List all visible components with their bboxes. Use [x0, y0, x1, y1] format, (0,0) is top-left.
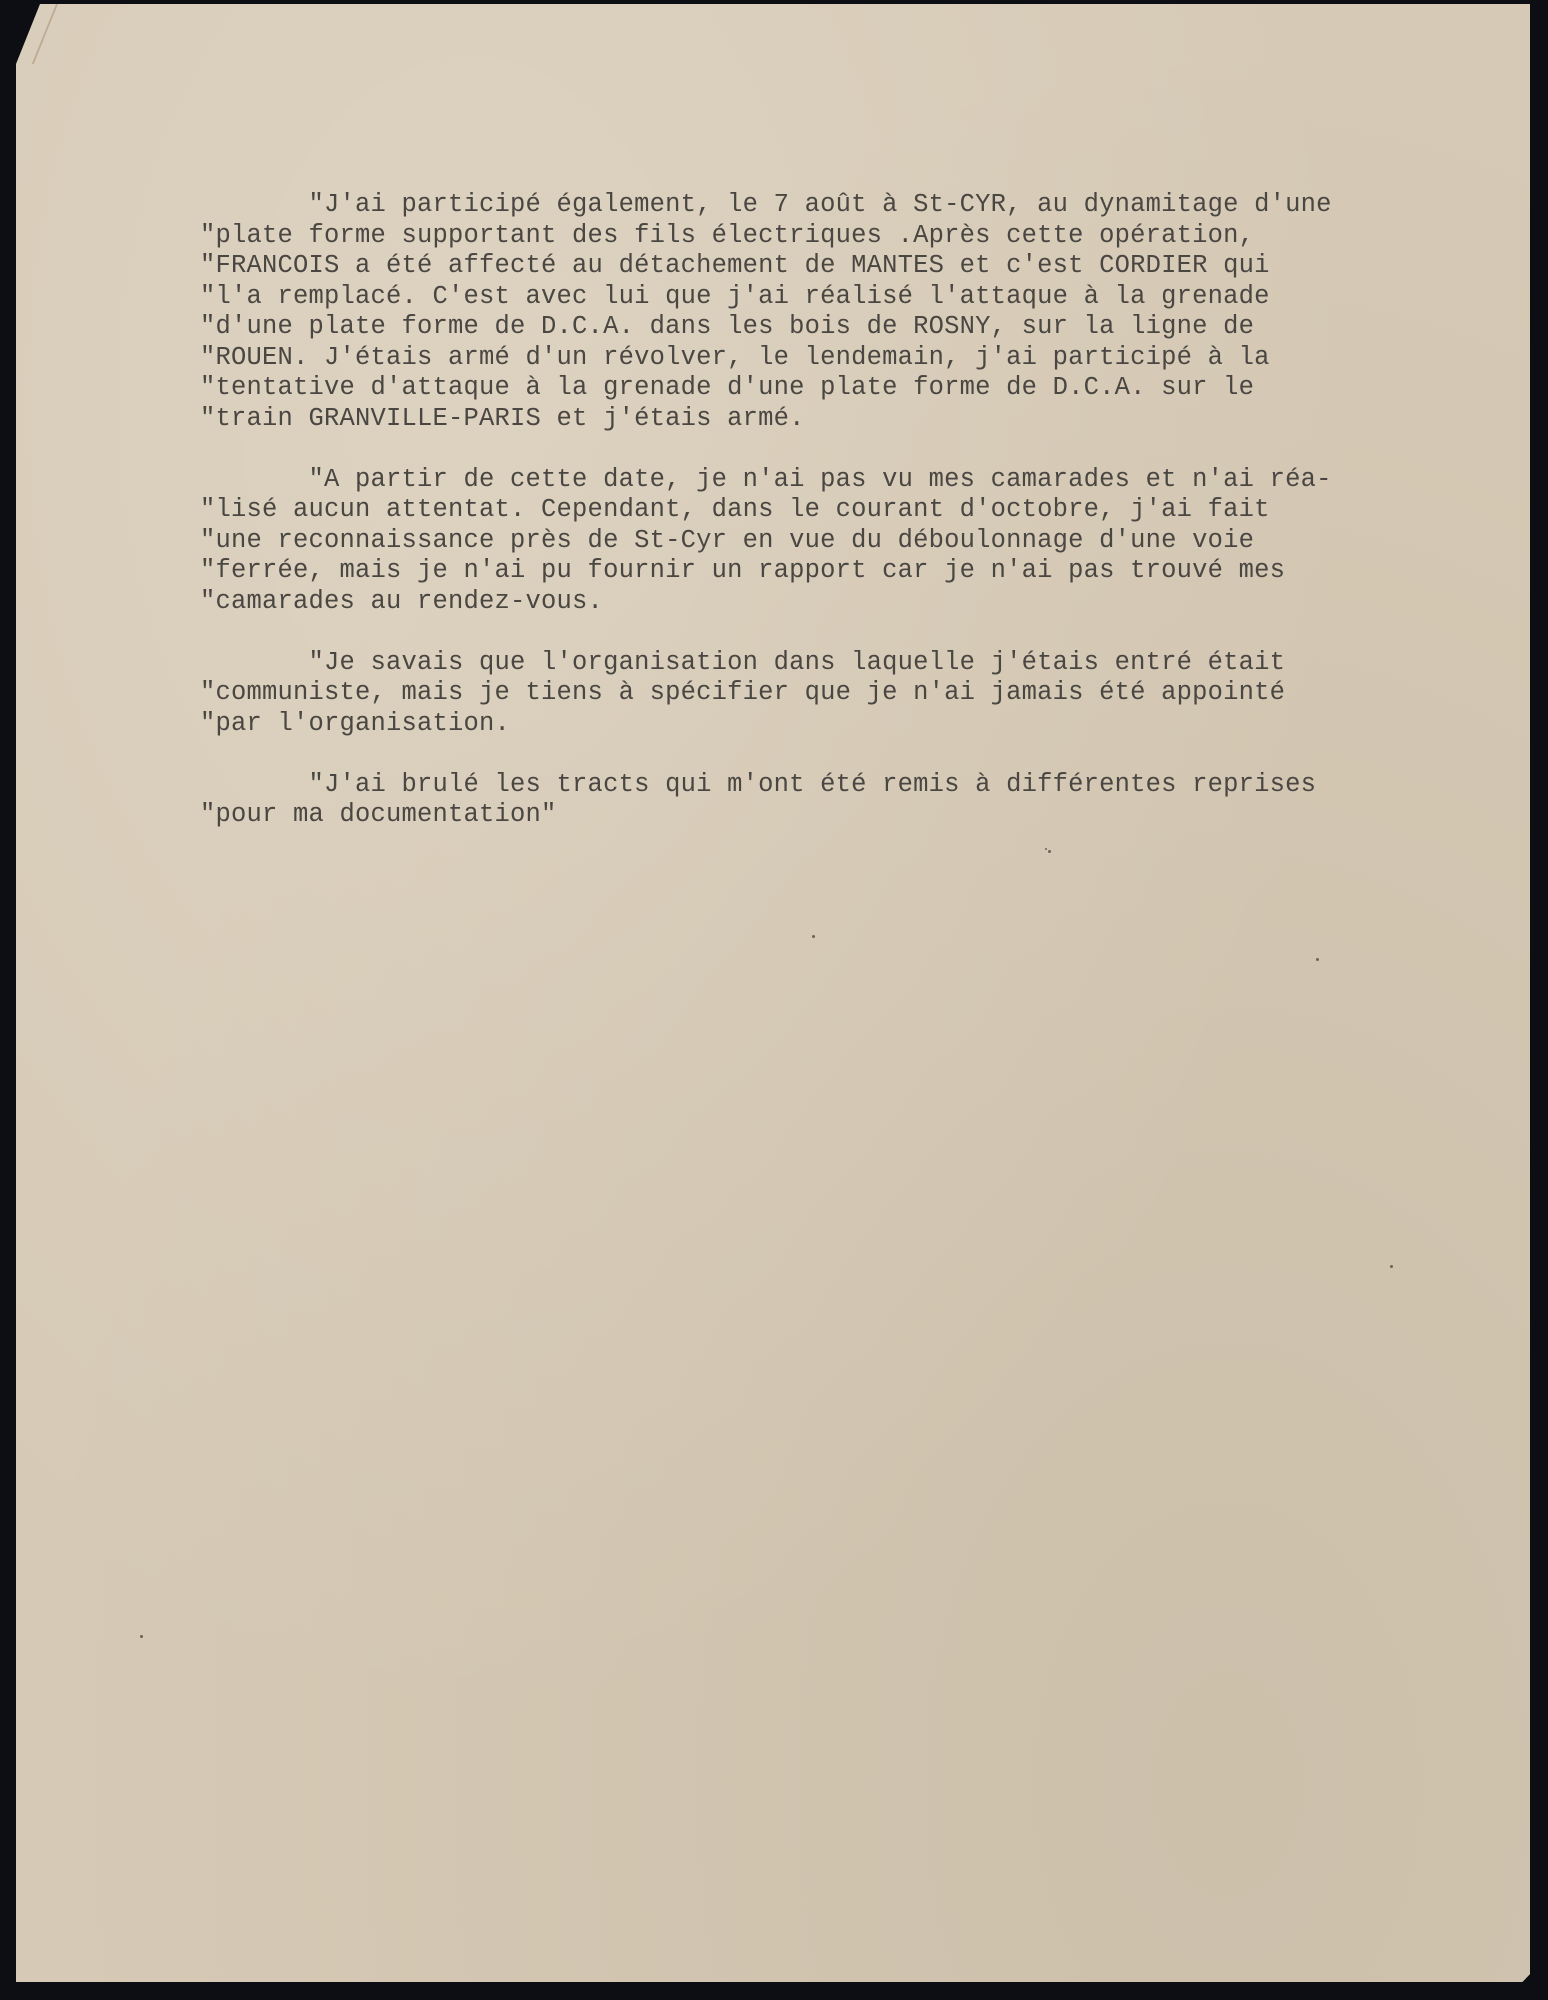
text-line: "plate forme supportant des fils électri… [200, 221, 1500, 252]
text-line: "une reconnaissance près de St-Cyr en vu… [200, 526, 1500, 557]
text-line: "Je savais que l'organisation dans laque… [200, 648, 1500, 679]
paper-speck [1316, 958, 1319, 961]
text-line: "tentative d'attaque à la grenade d'une … [200, 373, 1500, 404]
text-line: "train GRANVILLE-PARIS et j'étais armé. [200, 404, 1500, 435]
paragraph-3: "Je savais que l'organisation dans laque… [200, 648, 1500, 740]
paper-speck [1048, 850, 1051, 853]
text-line: "ferrée, mais je n'ai pu fournir un rapp… [200, 556, 1500, 587]
text-line: "d'une plate forme de D.C.A. dans les bo… [200, 312, 1500, 343]
text-line: "par l'organisation. [200, 709, 1500, 740]
text-line: "J'ai brulé les tracts qui m'ont été rem… [200, 770, 1500, 801]
paragraph-4: "J'ai brulé les tracts qui m'ont été rem… [200, 770, 1500, 831]
paper-speck [140, 1635, 143, 1638]
text-line: "A partir de cette date, je n'ai pas vu … [200, 465, 1500, 496]
text-line: "camarades au rendez-vous. [200, 587, 1500, 618]
text-line: "J'ai participé également, le 7 août à S… [200, 190, 1500, 221]
paragraph-2: "A partir de cette date, je n'ai pas vu … [200, 465, 1500, 618]
paper-speck [812, 935, 815, 938]
paper-speck [1390, 1265, 1393, 1268]
text-line: "communiste, mais je tiens à spécifier q… [200, 678, 1500, 709]
text-line: "pour ma documentation" [200, 800, 1500, 831]
paragraph-1: "J'ai participé également, le 7 août à S… [200, 190, 1500, 434]
text-line: "lisé aucun attentat. Cependant, dans le… [200, 495, 1500, 526]
document-body: "J'ai participé également, le 7 août à S… [200, 190, 1500, 861]
text-line: "ROUEN. J'étais armé d'un révolver, le l… [200, 343, 1500, 374]
paper-speck [1045, 848, 1047, 850]
text-line: "l'a remplacé. C'est avec lui que j'ai r… [200, 282, 1500, 313]
text-line: "FRANCOIS a été affecté au détachement d… [200, 251, 1500, 282]
